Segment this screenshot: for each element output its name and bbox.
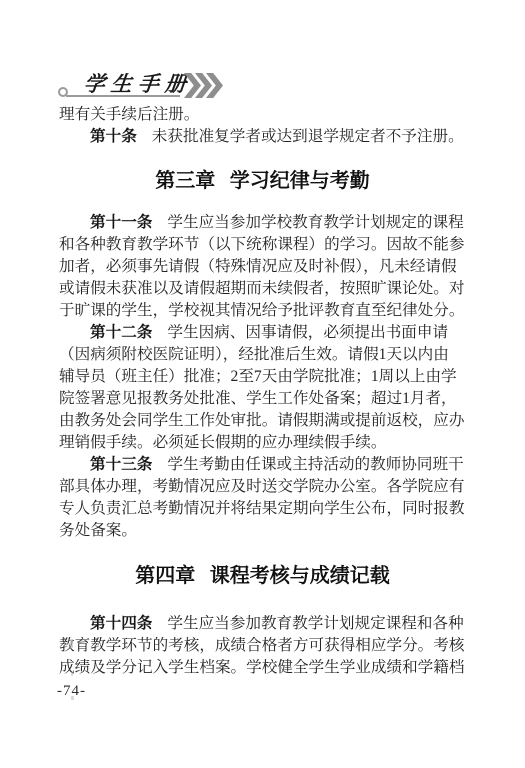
body-line-text: 学生应当参加教育教学计划规定课程和各种 [167,615,463,632]
body-line: 或请假未获准以及请假超期而未续假者，按照旷课论处。对 [59,278,466,300]
article-13-paragraph: 第十三条学生考勤由任课或主持活动的教师协同班干 部具体办理，考勤情况应及时送交学… [59,454,466,542]
body-line: 第十四条学生应当参加教育教学计划规定课程和各种 [59,613,466,635]
body-line: 部具体办理，考勤情况应及时送交学院办公室。各学院应有 [59,476,466,498]
article-12-lead: 第十二条 [90,324,152,341]
body-line: 成绩及学分记入学生档案。学校健全学生学业成绩和学籍档 [59,657,466,679]
scan-speck [70,639,73,648]
scan-speck [71,696,74,700]
body-line: 由教务处会同学生工作处审批。请假期满或提前返校，应办 [59,410,466,432]
article-11-lead: 第十一条 [90,214,152,231]
article-11-paragraph: 第十一条学生应当参加学校教育教学计划规定的课程 和各种教育教学环节（以下统称课程… [59,212,466,322]
body-line: 和各种教育教学环节（以下统称课程）的学习。因故不能参 [59,234,466,256]
triple-chevron-icon [184,73,223,98]
scanned-handbook-page: 学生手册 理有关手续后注册。 第十条未获批准复学者或达到退学规定者不予注册。 第… [0,0,525,768]
body-line: 辅导员（班主任）批准；2至7天由学院批准；1周以上由学 [59,366,466,388]
scan-speck [71,672,73,676]
body-line: 第十二条学生因病、因事请假，必须提出书面申请 [59,322,466,344]
body-line: 专人负责汇总考勤情况并将结果定期向学生公布，同时报教 [59,498,466,520]
document-body: 理有关手续后注册。 第十条未获批准复学者或达到退学规定者不予注册。 第三章 学习… [59,104,466,679]
body-line: 第十三条学生考勤由任课或主持活动的教师协同班干 [59,454,466,476]
paragraph-continuation-line: 理有关手续后注册。 [59,104,466,126]
article-10-paragraph: 第十条未获批准复学者或达到退学规定者不予注册。 [59,126,466,148]
body-line: 教育教学环节的考核，成绩合格者方可获得相应学分。考核 [59,635,466,657]
body-line-text: 学生因病、因事请假，必须提出书面申请 [167,324,448,341]
body-line: 第十一条学生应当参加学校教育教学计划规定的课程 [59,212,466,234]
article-14-lead: 第十四条 [90,615,152,632]
chapter-3-heading: 第三章 学习纪律与考勤 [59,167,466,195]
article-12-paragraph: 第十二条学生因病、因事请假，必须提出书面申请 （因病须附校医院证明），经批准后生… [59,322,466,454]
article-10-text: 未获批准复学者或达到退学规定者不予注册。 [152,128,464,145]
running-head: 学生手册 [0,0,525,108]
body-line: 于旷课的学生，学校视其情况给予批评教育直至纪律处分。 [59,300,466,322]
article-10-lead: 第十条 [90,128,137,145]
body-line: 院签署意见报教务处批准、学生工作处备案；超过1月者， [59,388,466,410]
body-line: 加者，必须事先请假（特殊情况应及时补假），凡未经请假 [59,256,466,278]
article-14-paragraph: 第十四条学生应当参加教育教学计划规定课程和各种 教育教学环节的考核，成绩合格者方… [59,613,466,679]
body-line: 务处备案。 [59,520,466,542]
body-line: 理销假手续。必须延长假期的应办理续假手续。 [59,432,466,454]
body-line-text: 学生考勤由任课或主持活动的教师协同班干 [167,456,463,473]
booklet-title: 学生手册 [82,68,185,98]
body-line-text: 学生应当参加学校教育教学计划规定的课程 [167,214,463,231]
body-line: （因病须附校医院证明），经批准后生效。请假1天以内由 [59,344,466,366]
chapter-4-heading: 第四章 课程考核与成绩记载 [59,562,466,590]
article-13-lead: 第十三条 [90,456,152,473]
